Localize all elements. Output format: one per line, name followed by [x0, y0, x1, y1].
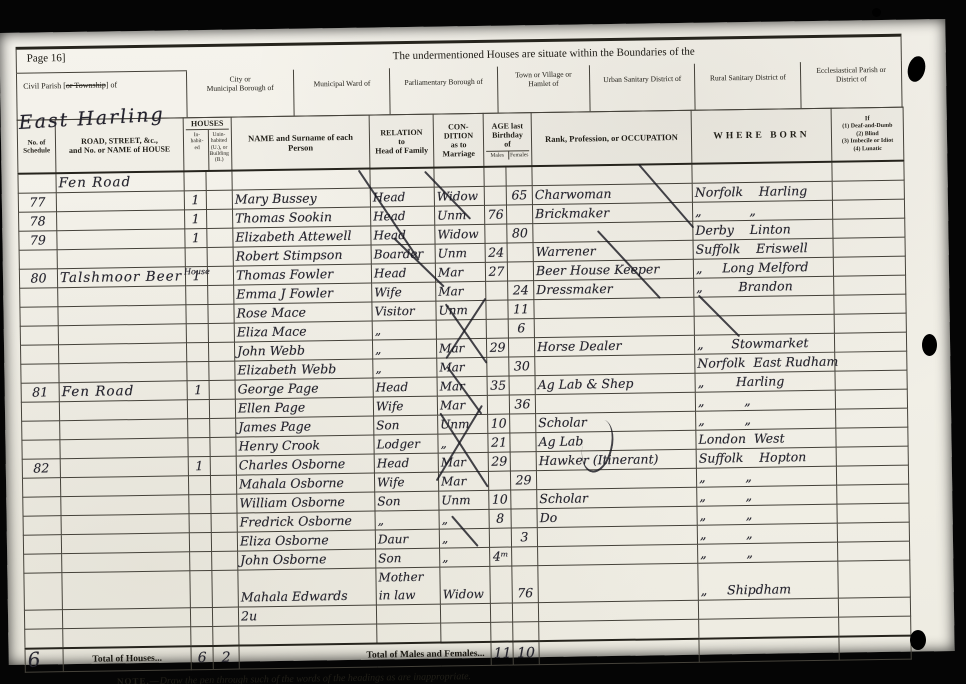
uninhabited-cell — [207, 247, 233, 266]
inhabited-cell — [186, 285, 208, 304]
infirmity-cell — [833, 237, 905, 257]
where-born-cell: „ Stowmarket — [694, 333, 834, 354]
page-number-label: Page 16] — [17, 47, 187, 74]
inhabited-cell — [188, 475, 210, 494]
where-born-cell: „ Shipdham — [698, 561, 839, 600]
municipal-borough-box: City or Municipal Borough of — [187, 70, 295, 118]
uninhabited-cell — [211, 494, 237, 513]
relation-cell: Head — [373, 377, 437, 397]
civil-parish-label-struck: or Township — [66, 80, 106, 90]
person-name-cell: George Page — [235, 378, 373, 399]
total-houses-label: Total of Houses... — [63, 646, 191, 671]
condition-cell — [440, 603, 490, 623]
schedule-cell — [21, 364, 59, 384]
occupation-cell: Ag Lab — [536, 430, 696, 451]
uninhabited-cell — [207, 266, 233, 285]
schedule-cell — [22, 421, 60, 441]
person-name-cell: Thomas Sookin — [233, 207, 371, 228]
age-female-cell — [511, 509, 537, 528]
condition-cell: „ — [440, 547, 490, 567]
occupation-cell — [535, 392, 695, 413]
uninhabited-cell — [207, 228, 233, 247]
age-female-cell: 3 — [511, 528, 537, 547]
person-name-cell: William Osborne — [237, 492, 375, 513]
infirmity-header: If (1) Deaf-and-Dumb (2) Blind (3) Imbec… — [831, 107, 904, 162]
age-male-cell — [487, 357, 509, 376]
age-female-cell — [510, 414, 536, 433]
age-male-cell: 76 — [484, 205, 506, 224]
age-male-cell: 29 — [486, 338, 508, 357]
condition-cell: Unm — [439, 490, 489, 510]
uninhabited-cell — [208, 323, 234, 342]
schedule-cell: 82 — [22, 459, 60, 479]
condition-cell — [441, 622, 491, 642]
condition-cell: Widow — [435, 224, 485, 244]
person-name-cell — [232, 169, 370, 191]
inhabited-cell — [189, 513, 211, 532]
inhabited-cell — [184, 171, 206, 191]
person-name-cell: Henry Crook — [236, 435, 374, 456]
occupation-cell: Ag Lab & Shep — [535, 373, 695, 394]
occupation-cell — [537, 525, 697, 546]
municipal-ward-box: Municipal Ward of — [294, 68, 390, 115]
person-name-cell: James Page — [236, 416, 374, 437]
road-cell — [56, 191, 184, 212]
inhabited-cell — [188, 437, 210, 456]
uninhabited-cell — [208, 285, 234, 304]
uninhabited-cell — [213, 626, 239, 646]
total-males-females-label: Total of Males and Females... — [239, 642, 491, 669]
age-male-cell — [484, 186, 506, 205]
person-name-cell: Rose Mace — [234, 302, 372, 323]
civil-parish-label-b: ] of — [106, 80, 117, 89]
road-cell: Talshmoor BeerHouse — [57, 267, 185, 288]
parliamentary-borough-box: Parliamentary Borough of — [390, 67, 498, 115]
infirmity-cell — [835, 351, 907, 371]
occupation-cell: Scholar — [537, 487, 697, 508]
schedule-cell: 78 — [19, 212, 57, 232]
inhabited-cell — [186, 342, 208, 361]
inhabited-cell — [186, 304, 208, 323]
where-born-cell: „ „ — [697, 523, 837, 544]
road-cell — [62, 571, 191, 610]
age-female-cell — [506, 166, 532, 186]
inhabited-cell: 1 — [185, 209, 207, 228]
infirmity-cell — [833, 218, 905, 238]
age-header: AGE last Birthday of Males Females — [483, 113, 532, 167]
person-name-cell: Fredrick Osborne — [237, 511, 375, 532]
where-born-cell — [698, 598, 838, 619]
uninhabited-cell — [210, 437, 236, 456]
census-rows: Fen Road 77 1 Mary Bussey Head Widow 65 … — [18, 161, 911, 649]
where-born-cell: „ „ — [698, 542, 838, 563]
infirmity-cell — [832, 180, 904, 200]
inhabited-cell — [190, 570, 213, 607]
road-cell — [61, 533, 189, 554]
inhabited-cell: 1 — [185, 228, 207, 247]
person-name-cell: Eliza Mace — [234, 321, 372, 342]
where-born-cell: „ „ — [696, 466, 836, 487]
person-name-cell: 2u — [238, 605, 376, 626]
where-born-cell: Norfolk East Rudham — [695, 352, 835, 373]
age-female-cell: 6 — [508, 319, 534, 338]
footer-note-prefix: NOTE.— — [117, 676, 160, 684]
uninhabited-cell — [212, 570, 239, 607]
census-form: Page 16] The undermentioned Houses are s… — [16, 34, 911, 684]
road-cell — [58, 305, 186, 326]
relation-cell: Head — [374, 453, 438, 473]
person-name-cell: John Webb — [234, 340, 372, 361]
relation-cell: Son — [374, 415, 438, 435]
age-female-cell — [511, 490, 537, 509]
person-name-cell: Ellen Page — [235, 397, 373, 418]
age-female-cell: 36 — [509, 395, 535, 414]
totals-margin-cell: 6 — [25, 648, 63, 672]
infirmity-cell — [836, 446, 908, 466]
schedule-cell: 81 — [21, 383, 59, 403]
infirmity-cell — [836, 408, 908, 428]
age-male-cell — [486, 281, 508, 300]
where-born-header: WHERE BORN — [691, 108, 832, 164]
totals-empty-infirmity — [839, 636, 911, 661]
relation-header: RELATION to Head of Family — [369, 114, 434, 168]
totals-margin-value: 6 — [27, 649, 42, 670]
condition-cell: Mar — [435, 262, 485, 282]
houses-title: HOUSES — [186, 118, 229, 131]
infirmity-cell — [834, 313, 906, 333]
relation-cell — [376, 604, 440, 624]
infirmity-cell — [838, 597, 910, 617]
relation-cell: „ — [375, 510, 439, 530]
totals-empty-born — [699, 637, 839, 663]
occupation-cell — [536, 468, 696, 489]
age-male-cell — [487, 395, 509, 414]
uninhabited-cell — [210, 456, 236, 475]
where-born-cell: „ Long Melford — [693, 257, 833, 278]
occupation-cell: Horse Dealer — [534, 335, 694, 356]
uninhabited-cell — [208, 304, 234, 323]
condition-cell — [434, 167, 484, 187]
ecclesiastical-parish-box: Ecclesiastical Parish or District of — [801, 61, 901, 108]
road-cell — [62, 608, 190, 629]
age-female-cell — [510, 433, 536, 452]
where-born-cell: „ „ — [695, 390, 835, 411]
infirmity-cell — [834, 294, 906, 314]
person-name-cell: Eliza Osborne — [237, 530, 375, 551]
person-name-cell: Mary Bussey — [232, 188, 370, 209]
urban-sanitary-box: Urban Sanitary District of — [590, 64, 696, 112]
road-cell — [57, 210, 185, 231]
age-female-cell — [506, 205, 532, 224]
road-cell — [60, 438, 188, 459]
person-name-cell: Mahala Osborne — [236, 473, 374, 494]
age-female-cell — [510, 452, 536, 471]
occupation-cell: Scholar — [536, 411, 696, 432]
road-cell — [60, 457, 188, 478]
condition-cell: Unm — [438, 414, 488, 434]
person-name-cell: Elizabeth Attewell — [233, 226, 371, 247]
age-male-cell — [486, 319, 508, 338]
age-female-cell: 24 — [508, 281, 534, 300]
person-name-cell: Thomas Fowler — [233, 264, 371, 285]
infirmity-cell — [836, 465, 908, 485]
road-cell — [60, 476, 188, 497]
where-born-cell: „ „ — [697, 485, 837, 506]
age-female-cell — [508, 338, 534, 357]
total-uninhabited-value: 2 — [222, 650, 231, 666]
uninhabited-cell — [211, 532, 237, 551]
road-cell — [57, 248, 185, 269]
where-born-cell — [699, 617, 839, 639]
footer-note-text: Draw the pen through such of the words o… — [160, 671, 471, 684]
schedule-cell — [22, 478, 60, 498]
relation-cell: Mother in law — [376, 567, 441, 605]
age-male-cell: 10 — [489, 490, 511, 509]
road-cell — [58, 324, 186, 345]
schedule-cell — [23, 535, 61, 555]
inhabited-cell — [186, 323, 208, 342]
where-born-cell: London West — [696, 428, 836, 449]
inhabited-cell — [189, 532, 211, 551]
age-females-subheader: Females — [509, 151, 529, 159]
scanned-census-page: Page 16] The undermentioned Houses are s… — [0, 0, 966, 684]
occupation-cell — [534, 316, 694, 337]
relation-cell: „ — [372, 339, 436, 359]
age-female-cell — [512, 547, 538, 566]
relation-cell: Daur — [375, 529, 439, 549]
occupation-cell — [538, 544, 698, 565]
uninhabited-cell — [206, 190, 232, 209]
age-female-cell — [507, 243, 533, 262]
where-born-cell: „ „ — [692, 200, 832, 221]
infirmity-cell — [834, 275, 906, 295]
condition-cell: Mar — [437, 357, 487, 377]
ink-blob — [872, 8, 881, 17]
age-male-cell: 29 — [488, 452, 510, 471]
age-male-cell — [490, 566, 513, 603]
occupation-cell — [532, 164, 692, 186]
infirmity-cell — [835, 389, 907, 409]
schedule-cell — [24, 573, 63, 611]
name-header: NAME and Surname of each Person — [231, 115, 370, 171]
civil-parish-label-a: Civil Parish [ — [23, 81, 66, 91]
where-born-cell: „ „ — [697, 504, 837, 525]
age-male-cell — [488, 471, 510, 490]
inhabited-cell — [187, 399, 209, 418]
age-male-cell: 35 — [487, 376, 509, 395]
schedule-cell — [24, 610, 62, 630]
town-village-box: Town or Village or Hamlet of — [498, 65, 590, 112]
occupation-cell: Warrener — [533, 240, 693, 261]
relation-cell: Lodger — [374, 434, 438, 454]
uninhabited-cell — [208, 342, 234, 361]
occupation-cell — [534, 297, 694, 318]
infirmity-cell — [832, 199, 904, 219]
schedule-cell: 77 — [18, 193, 56, 213]
road-cell — [59, 362, 187, 383]
schedule-cell — [23, 497, 61, 517]
census-paper-sheet: Page 16] The undermentioned Houses are s… — [0, 19, 955, 665]
age-male-cell — [484, 167, 506, 187]
inhabited-subheader: In- habit- ed — [186, 130, 210, 170]
age-female-cell — [509, 376, 535, 395]
uninhabited-cell — [210, 418, 236, 437]
relation-cell: „ — [373, 358, 437, 378]
infirmity-cell — [834, 332, 906, 352]
road-cell — [58, 286, 186, 307]
total-males-value: 11 — [494, 646, 512, 662]
person-name-cell: Charles Osborne — [236, 454, 374, 475]
infirmity-cell — [838, 541, 910, 561]
relation-cell: Wife — [373, 396, 437, 416]
age-female-cell: 30 — [509, 357, 535, 376]
uninhabited-cell — [209, 399, 235, 418]
schedule-cell — [24, 554, 62, 574]
inhabited-cell: 1 — [187, 380, 209, 399]
age-female-cell: 65 — [506, 186, 532, 205]
where-born-cell — [694, 314, 834, 335]
age-male-cell — [485, 224, 507, 243]
inhabited-cell — [185, 247, 207, 266]
inhabited-cell — [187, 361, 209, 380]
uninhabited-cell — [209, 380, 235, 399]
where-born-cell: Derby Linton — [693, 219, 833, 240]
person-name-cell: Robert Stimpson — [233, 245, 371, 266]
schedule-cell — [21, 402, 59, 422]
occupation-cell: Hawker (Itinerant) — [536, 449, 696, 470]
total-uninhabited-cell: 2 — [213, 646, 239, 670]
age-male-cell: 4ᵐ — [490, 547, 512, 566]
age-female-cell — [507, 262, 533, 281]
infirmity-cell — [838, 560, 911, 598]
person-name-cell: Emma J Fowler — [234, 283, 372, 304]
rural-sanitary-box: Rural Sanitary District of — [695, 62, 801, 110]
relation-cell: Son — [376, 548, 440, 568]
occupation-cell — [538, 600, 698, 621]
occupation-cell: Do — [537, 506, 697, 527]
schedule-cell — [25, 629, 63, 649]
road-cell — [58, 343, 186, 364]
road-cell: Fen Road — [56, 171, 184, 192]
occupation-cell — [538, 563, 699, 602]
schedule-cell — [19, 250, 57, 270]
occupation-cell — [533, 221, 693, 242]
inhabited-cell — [190, 551, 212, 570]
infirmity-cell — [839, 616, 911, 637]
age-female-cell: 76 — [512, 566, 539, 603]
total-females-value: 10 — [517, 645, 535, 661]
age-female-cell: 11 — [508, 300, 534, 319]
relation-cell: Head — [371, 263, 435, 283]
road-cell — [63, 627, 191, 648]
relation-cell: „ — [372, 320, 436, 340]
infirmity-cell — [835, 370, 907, 390]
houses-header: HOUSES In- habit- ed Unin- habited (U.),… — [183, 117, 232, 171]
schedule-cell — [23, 516, 61, 536]
total-females-cell: 10 — [513, 641, 539, 665]
where-born-cell: Suffolk Eriswell — [693, 238, 833, 259]
totals-empty-occupation — [539, 639, 699, 665]
person-name-cell — [239, 624, 377, 646]
age-male-cell: 21 — [488, 433, 510, 452]
age-male-cell — [491, 622, 513, 642]
age-title: AGE last Birthday of — [486, 119, 529, 151]
occupation-cell — [539, 619, 699, 641]
relation-cell: Son — [375, 491, 439, 511]
uninhabited-cell — [212, 607, 238, 626]
total-males-cell: 11 — [491, 641, 513, 665]
infirmity-cell — [837, 503, 909, 523]
uninhabited-cell — [212, 551, 238, 570]
person-name-cell: Elizabeth Webb — [235, 359, 373, 380]
schedule-cell: 79 — [19, 231, 57, 251]
age-female-cell — [513, 622, 539, 642]
schedule-cell — [20, 326, 58, 346]
age-female-cell — [512, 603, 538, 622]
age-male-cell: 27 — [485, 262, 507, 281]
infirmity-cell — [836, 427, 908, 447]
schedule-cell — [22, 440, 60, 460]
age-male-cell — [489, 528, 511, 547]
age-male-cell — [490, 603, 512, 622]
occupation-cell: Dressmaker — [534, 278, 694, 299]
schedule-cell — [20, 345, 58, 365]
road-cell — [57, 229, 185, 250]
age-male-cell: 24 — [485, 243, 507, 262]
occupation-header: Rank, Profession, or OCCUPATION — [531, 110, 692, 166]
ink-blob — [910, 630, 926, 650]
relation-cell: Visitor — [372, 301, 436, 321]
where-born-cell: „ Harling — [695, 371, 835, 392]
schedule-cell — [20, 288, 58, 308]
schedule-cell: 80 — [19, 269, 57, 289]
uninhabited-cell — [211, 513, 237, 532]
person-name-cell: John Osborne — [238, 549, 376, 570]
schedule-cell — [18, 173, 56, 193]
age-female-cell: 80 — [507, 224, 533, 243]
relation-cell: Head — [371, 206, 435, 226]
occupation-cell: Brickmaker — [532, 202, 692, 223]
inhabited-cell — [190, 607, 212, 626]
where-born-cell — [692, 162, 832, 184]
ink-blob — [922, 334, 937, 356]
relation-cell: Wife — [372, 282, 436, 302]
where-born-cell: „ „ — [696, 409, 836, 430]
condition-cell: Unm — [435, 243, 485, 263]
uninhabited-cell — [209, 361, 235, 380]
inhabited-cell — [189, 494, 211, 513]
occupation-cell: Beer House Keeper — [533, 259, 693, 280]
road-cell — [62, 552, 190, 573]
infirmity-cell — [832, 161, 904, 182]
road-cell — [61, 495, 189, 516]
uninhabited-cell — [207, 209, 233, 228]
occupation-cell: Charwoman — [532, 183, 692, 204]
condition-cell: Widow — [440, 566, 491, 604]
inhabited-cell — [191, 626, 213, 646]
road-cell — [60, 419, 188, 440]
uninhabited-subheader: Unin- habited (U.), or Building (B.) — [209, 130, 230, 170]
age-male-cell — [486, 300, 508, 319]
age-male-cell: 10 — [488, 414, 510, 433]
uninhabited-cell — [210, 475, 236, 494]
where-born-cell: Suffolk Hopton — [696, 447, 836, 468]
total-inhabited-value: 6 — [198, 650, 207, 666]
inhabited-cell: 1 — [188, 456, 210, 475]
infirmity-cell — [837, 522, 909, 542]
person-name-cell: Mahala Edwards — [238, 568, 377, 607]
where-born-cell: „ Brandon — [694, 276, 834, 297]
